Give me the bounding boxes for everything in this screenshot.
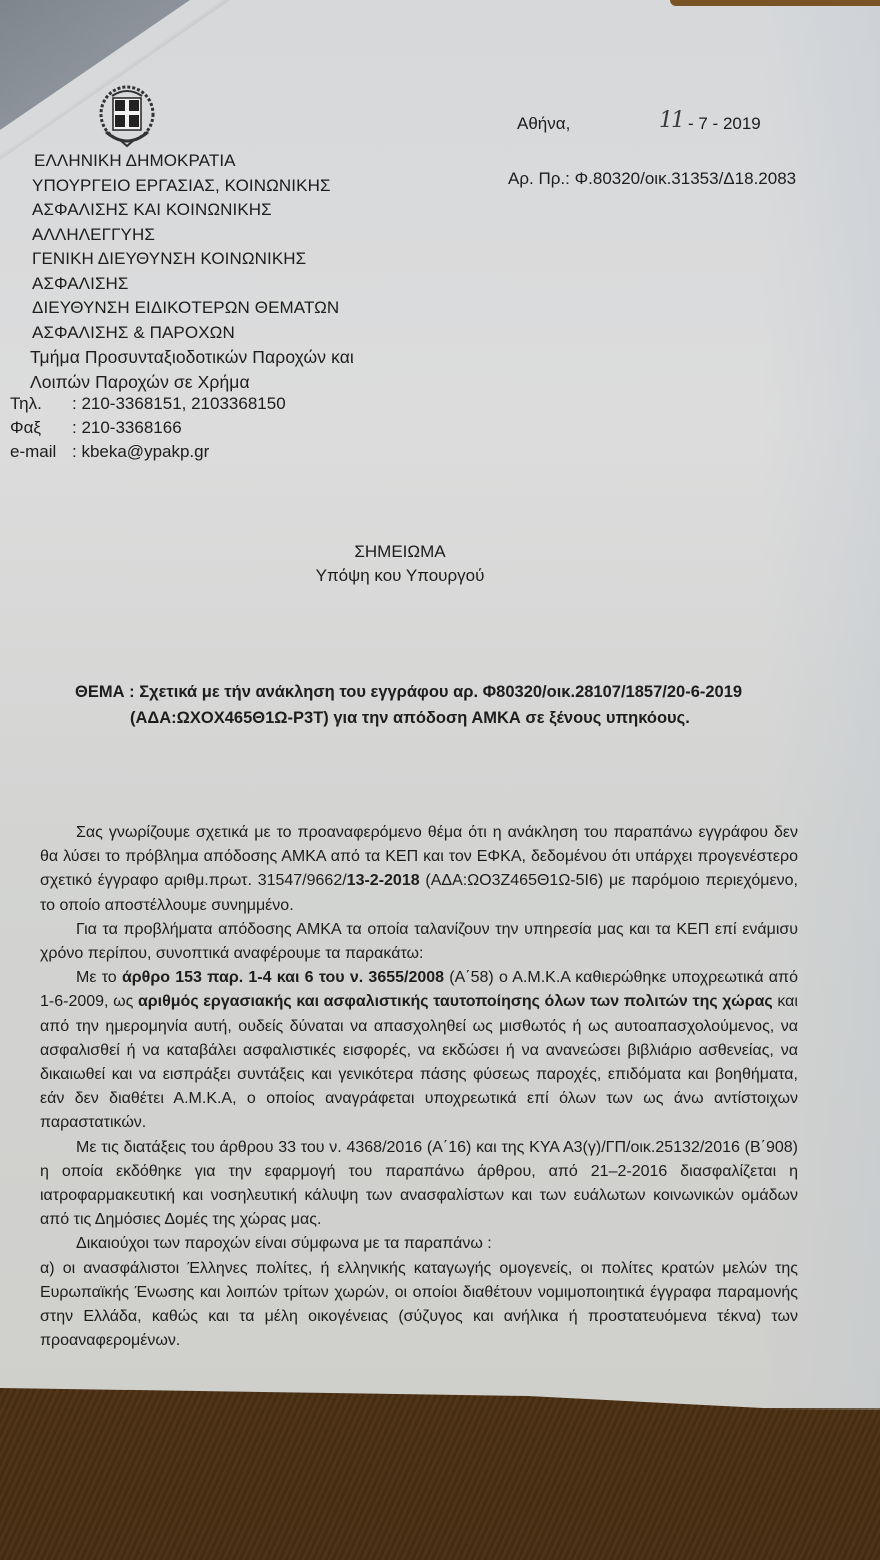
issuing-authority-header: ΕΛΛΗΝΙΚΗ ΔΗΜΟΚΡΑΤΙΑ ΥΠΟΥΡΓΕΙΟ ΕΡΓΑΣΙΑΣ, … (30, 149, 354, 394)
paragraph-bold-text: αριθμός εργασιακής και ασφαλιστικής ταυτ… (138, 993, 773, 1010)
subject-line-2: (ΑΔΑ:ΩΧΟΧ465Θ1Ω-Ρ3Τ) για την απόδοση ΑΜΚ… (130, 709, 690, 728)
protocol-number: Αρ. Πρ.: Φ.80320/οικ.31353/Δ18.2083 (508, 169, 796, 189)
contact-label: Φαξ (10, 416, 72, 440)
paragraph-4: Με τις διατάξεις του άρθρου 33 του ν. 43… (40, 1136, 798, 1233)
contact-label: Τηλ. (10, 392, 72, 416)
header-line: ΑΣΦΑΛΙΣΗΣ (30, 272, 354, 297)
paragraph-text: Με το (76, 969, 122, 986)
memo-body: Σας γνωρίζουμε σχετικά με το προαναφερόμ… (40, 821, 798, 1353)
paragraph-1: Σας γνωρίζουμε σχετικά με το προαναφερόμ… (40, 821, 798, 918)
contact-value: : 210-3368151, 2103368150 (72, 392, 286, 416)
contact-email: e-mail : kbeka@ypakp.gr (10, 440, 286, 464)
place-label: Αθήνα, (517, 114, 570, 134)
contact-label: e-mail (10, 440, 72, 464)
header-line: ΔΙΕΥΘΥΝΣΗ ΕΙΔΙΚΟΤΕΡΩΝ ΘΕΜΑΤΩΝ (30, 296, 354, 321)
paragraph-bold-text: 13-2-2018 (347, 872, 420, 889)
header-line: Τμήμα Προσυνταξιοδοτικών Παροχών και (30, 345, 354, 370)
document-subtitle: Υπόψη κου Υπουργού (240, 566, 560, 586)
header-line: ΕΛΛΗΝΙΚΗ ΔΗΜΟΚΡΑΤΙΑ (30, 149, 354, 174)
header-line: ΓΕΝΙΚΗ ΔΙΕΥΘΥΝΣΗ ΚΟΙΝΩΝΙΚΗΣ (30, 247, 354, 272)
subject-line-1: ΘΕΜΑ : Σχετικά με τήν ανάκληση του εγγρά… (75, 683, 742, 702)
header-line: ΑΛΛΗΛΕΓΓΥΗΣ (30, 223, 354, 248)
header-line: ΑΣΦΑΛΙΣΗΣ & ΠΑΡΟΧΩΝ (30, 321, 354, 346)
paragraph-bold-text: άρθρο 153 παρ. 1-4 και 6 του ν. 3655/200… (122, 969, 444, 986)
contact-phone: Τηλ. : 210-3368151, 2103368150 (10, 392, 286, 416)
paragraph-5: Δικαιούχοι των παροχών είναι σύμφωνα με … (40, 1232, 798, 1256)
document-date: - 7 - 2019 (688, 114, 761, 134)
document-title: ΣΗΜΕΙΩΜΑ (240, 542, 560, 562)
contact-value: : kbeka@ypakp.gr (72, 440, 209, 464)
contact-fax: Φαξ : 210-3368166 (10, 416, 286, 440)
header-line: Λοιπών Παροχών σε Χρήμα (30, 370, 354, 395)
header-line: ΑΣΦΑΛΙΣΗΣ ΚΑΙ ΚΟΙΝΩΝΙΚΗΣ (30, 198, 354, 223)
paragraph-2: Για τα προβλήματα απόδοσης ΑΜΚΑ τα οποία… (40, 918, 798, 966)
paragraph-3: Με το άρθρο 153 παρ. 1-4 και 6 του ν. 36… (40, 966, 798, 1135)
paragraph-text: και από την ημερομηνία αυτή, ουδείς δύνα… (40, 993, 798, 1131)
header-line: ΥΠΟΥΡΓΕΙΟ ΕΡΓΑΣΙΑΣ, ΚΟΙΝΩΝΙΚΗΣ (30, 174, 354, 199)
contact-info: Τηλ. : 210-3368151, 2103368150 Φαξ : 210… (10, 392, 286, 464)
handwritten-day: 11 (659, 108, 683, 133)
subject-text: Σχετικά με τήν ανάκληση του εγγράφου αρ.… (139, 683, 742, 701)
paragraph-6: α) οι ανασφάλιστοι Έλληνες πολίτες, ή ελ… (40, 1257, 798, 1354)
contact-value: : 210-3368166 (72, 416, 182, 440)
table-edge-top-right (670, 0, 880, 6)
greek-coat-of-arms-icon (96, 84, 158, 150)
subject-label: ΘΕΜΑ : (75, 683, 135, 701)
